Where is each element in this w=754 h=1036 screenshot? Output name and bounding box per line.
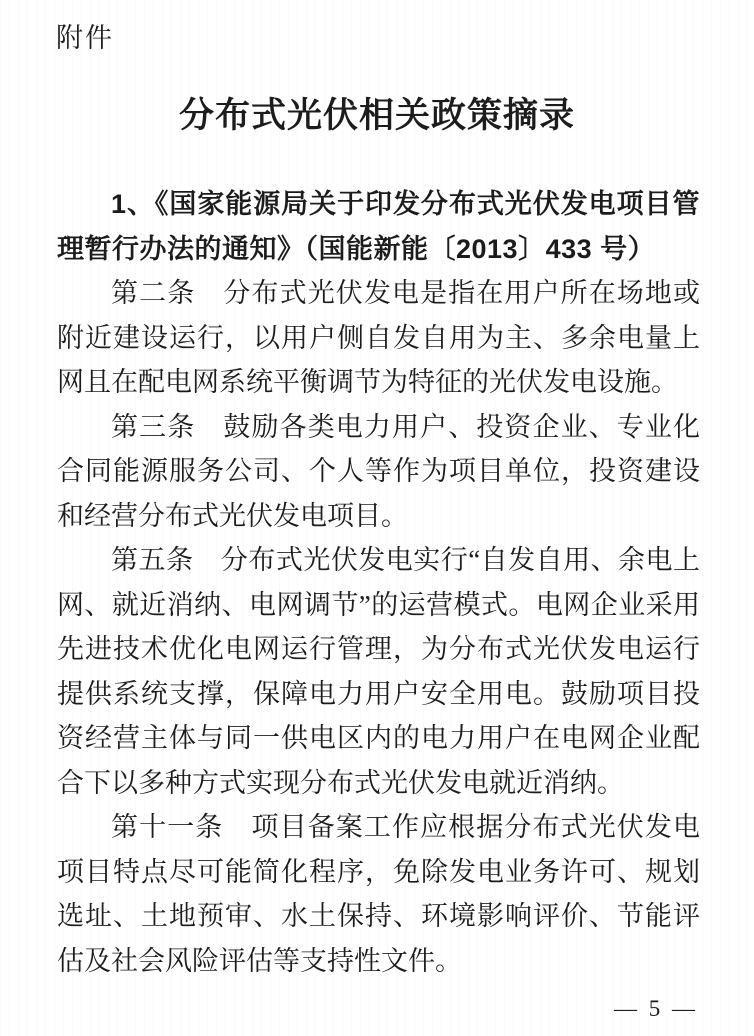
attachment-label: 附件 [56,16,114,55]
paragraph-article-3: 第三条 鼓励各类电力用户、投资企业、专业化合同能源服务公司、个人等作为项目单位，… [57,405,700,539]
paragraph-article-5: 第五条 分布式光伏发电实行“自发自用、余电上网、就近消纳、电网调节”的运营模式。… [57,538,700,805]
page-number: — 5 — [614,996,698,1022]
page-title: 分布式光伏相关政策摘录 [0,88,754,138]
paragraph-citation: 1、《国家能源局关于印发分布式光伏发电项目管理暂行办法的通知》（国能新能〔201… [57,182,700,271]
document-page: 附件 分布式光伏相关政策摘录 1、《国家能源局关于印发分布式光伏发电项目管理暂行… [0,0,754,1036]
paragraph-article-2: 第二条 分布式光伏发电是指在用户所在场地或附近建设运行，以用户侧自发自用为主、多… [57,271,700,405]
paragraph-article-11: 第十一条 项目备案工作应根据分布式光伏发电项目特点尽可能简化程序，免除发电业务许… [57,805,700,983]
document-body: 1、《国家能源局关于印发分布式光伏发电项目管理暂行办法的通知》（国能新能〔201… [57,182,700,983]
